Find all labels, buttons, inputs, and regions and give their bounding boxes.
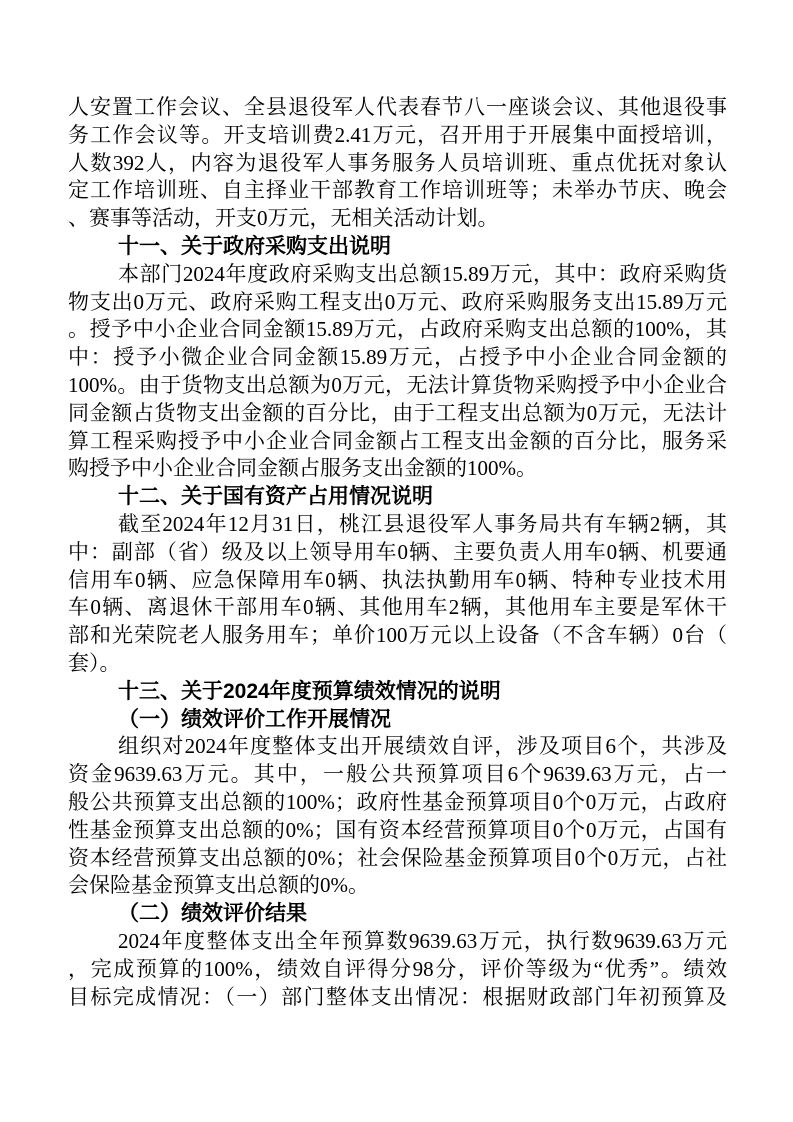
body-text-line: 目标完成情况：（一）部门整体支出情况：根据财政部门年初预算及 [68,984,727,1012]
body-text-line: 定工作培训班、自主择业干部教育工作培训班等；未举办节庆、晚会 [68,177,727,205]
body-text-line: 组织对2024年度整体支出开展绩效自评，涉及项目6个，共涉及 [68,733,727,761]
section-heading-line: 十二、关于国有资产占用情况说明 [68,483,727,511]
body-text-line: 套）。 [68,650,727,678]
body-text-line: 务工作会议等。开支培训费2.41万元，召开用于开展集中面授培训， [68,122,727,150]
body-text-line: 同金额占货物支出金额的百分比，由于工程支出总额为0万元，无法计 [68,400,727,428]
body-text-line: 资金9639.63万元。其中，一般公共预算项目6个9639.63万元，占一 [68,761,727,789]
body-text-line: 资本经营预算支出总额的0%；社会保险基金预算项目0个0万元，占社 [68,845,727,873]
section-heading-line: （二）绩效评价结果 [68,900,727,928]
body-text-line: 100%。由于货物支出总额为0万元，无法计算货物采购授予中小企业合 [68,372,727,400]
body-text-line: 中：授予小微企业合同金额15.89万元，占授予中小企业合同金额的 [68,344,727,372]
section-heading-line: 十三、关于2024年度预算绩效情况的说明 [68,678,727,706]
body-text-line: 中：副部（省）级及以上领导用车0辆、主要负责人用车0辆、机要通 [68,539,727,567]
body-text-line: 物支出0万元、政府采购工程支出0万元、政府采购服务支出15.89万元 [68,289,727,317]
body-text-line: 人安置工作会议、全县退役军人代表春节八一座谈会议、其他退役事 [68,94,727,122]
body-text-line: 人数392人，内容为退役军人事务服务人员培训班、重点优抚对象认 [68,150,727,178]
body-text-line: 信用车0辆、应急保障用车0辆、执法执勤用车0辆、特种专业技术用 [68,567,727,595]
body-text-line: 车0辆、离退休干部用车0辆、其他用车2辆，其他用车主要是军休干 [68,594,727,622]
document-page: 人安置工作会议、全县退役军人代表春节八一座谈会议、其他退役事务工作会议等。开支培… [0,0,793,1122]
section-heading-line: 十一、关于政府采购支出说明 [68,233,727,261]
body-text-line: 、赛事等活动，开支0万元，无相关活动计划。 [68,205,727,233]
body-text-line: 截至2024年12月31日，桃江县退役军人事务局共有车辆2辆，其 [68,511,727,539]
body-text-line: 购授予中小企业合同金额占服务支出金额的100%。 [68,455,727,483]
body-text-line: 会保险基金预算支出总额的0%。 [68,872,727,900]
body-text-line: 性基金预算支出总额的0%；国有资本经营预算项目0个0万元，占国有 [68,817,727,845]
body-text-line: ，完成预算的100%，绩效自评得分98分，评价等级为“优秀”。绩效 [68,956,727,984]
body-text-line: 般公共预算支出总额的100%；政府性基金预算项目0个0万元，占政府 [68,789,727,817]
body-text-line: 算工程采购授予中小企业合同金额占工程支出金额的百分比，服务采 [68,428,727,456]
body-text-line: 2024年度整体支出全年预算数9639.63万元，执行数9639.63万元 [68,928,727,956]
body-text-line: 部和光荣院老人服务用车；单价100万元以上设备（不含车辆）0台（ [68,622,727,650]
body-text-line: 。授予中小企业合同金额15.89万元，占政府采购支出总额的100%，其 [68,316,727,344]
section-heading-line: （一）绩效评价工作开展情况 [68,706,727,734]
body-text-line: 本部门2024年度政府采购支出总额15.89万元，其中：政府采购货 [68,261,727,289]
document-text-block: 人安置工作会议、全县退役军人代表春节八一座谈会议、其他退役事务工作会议等。开支培… [68,94,727,1011]
